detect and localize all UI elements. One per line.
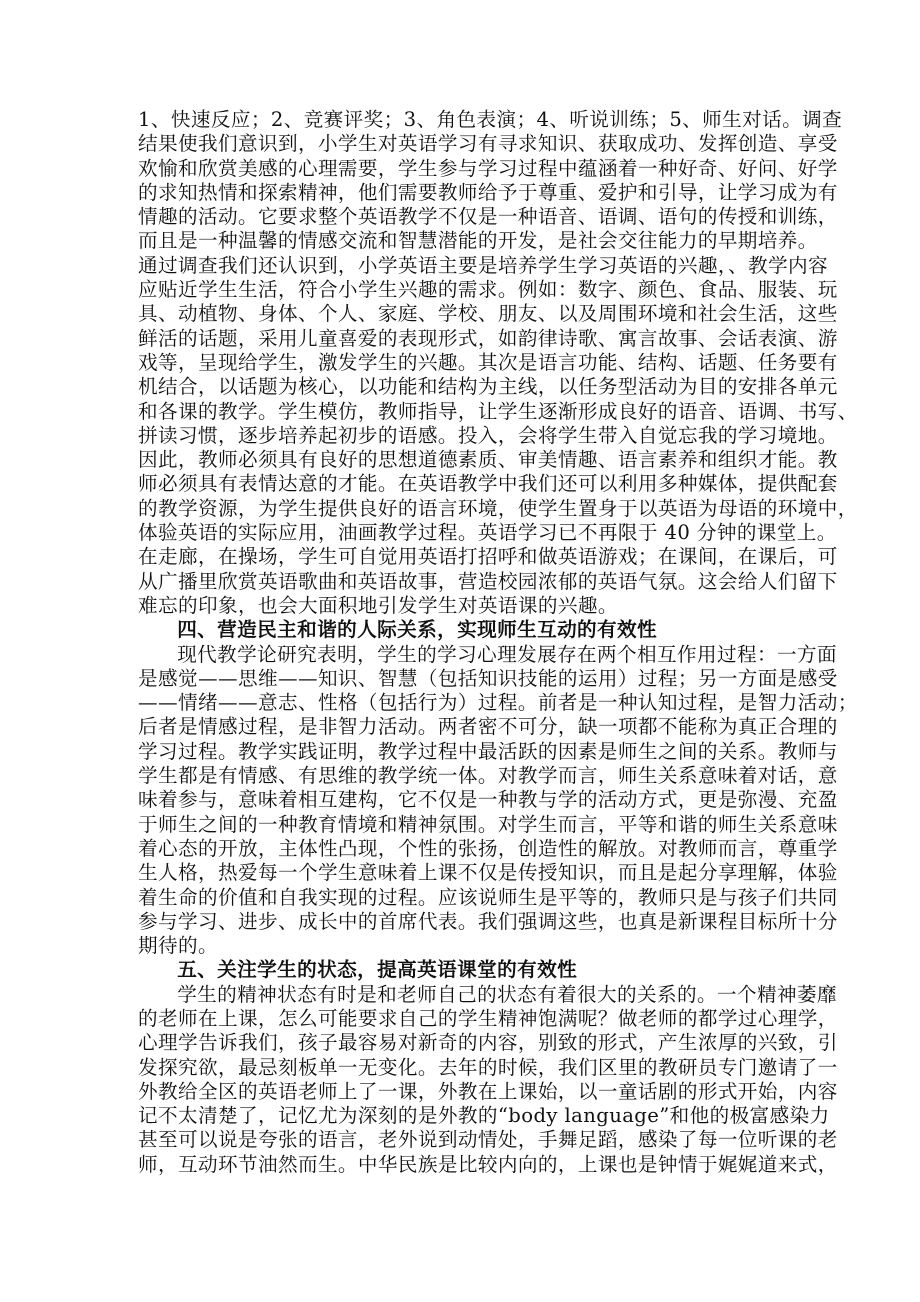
text-line: 和各课的教学。学生模仿，教师指导，让学生逐渐形成良好的语音、语调、书写、 xyxy=(138,400,782,424)
paragraph-student-state: 学生的精神状态有时是和老师自己的状态有着很大的关系的。一个精神萎靡 的老师在上课… xyxy=(138,983,782,1177)
text-line: 味着参与，意味着相互建构，它不仅是一种教与学的活动方式，更是弥漫、充盈 xyxy=(138,788,782,812)
text-line: 机结合，以话题为核心，以功能和结构为主线，以任务型活动为目的安排各单元 xyxy=(138,375,782,399)
text-line: 结果使我们意识到，小学生对英语学习有寻求知识、获取成功、发挥创造、享受 xyxy=(138,132,782,156)
text-line: 拼读习惯，逐步培养起初步的语感。投入，会将学生带入自觉忘我的学习境地。 xyxy=(138,424,782,448)
text-line: 师，互动环节油然而生。中华民族是比较内向的，上课也是钟情于娓娓道来式， xyxy=(138,1153,782,1177)
text-line: 记不太清楚了，记忆尤为深刻的是外教的“body language”和他的极富感染… xyxy=(138,1104,782,1128)
text-line: 现代教学论研究表明，学生的学习心理发展存在两个相互作用过程：一方面 xyxy=(138,643,782,667)
text-line: 着生命的价值和自我实现的过程。应该说师生是平等的，教师只是与孩子们共同 xyxy=(138,886,782,910)
text-line: 在走廊，在操场，学生可自觉用英语打招呼和做英语游戏；在课间，在课后，可 xyxy=(138,545,782,569)
text-line: 学习过程。教学实践证明，教学过程中最活跃的因素是师生之间的关系。教师与 xyxy=(138,740,782,764)
text-line: 欢愉和欣赏美感的心理需要，学生参与学习过程中蕴涵着一种好奇、好问、好学 xyxy=(138,157,782,181)
section-heading-4: 四、营造民主和谐的人际关系，实现师生互动的有效性 xyxy=(138,618,782,642)
text-line: 的教学资源，为学生提供良好的语言环境，使学生置身于以英语为母语的环境中， xyxy=(138,497,782,521)
text-line: 期待的。 xyxy=(138,934,782,958)
text-line: 后者是情感过程，是非智力活动。两者密不可分，缺一项都不能称为真正合理的 xyxy=(138,715,782,739)
text-line: 心理学告诉我们，孩子最容易对新奇的内容，别致的形式，产生浓厚的兴致，引 xyxy=(138,1031,782,1055)
text-line: 1、快速反应；2、竞赛评奖；3、角色表演；4、听说训练；5、师生对话。调查 xyxy=(138,108,782,132)
text-line: 的老师在上课，怎么可能要求自己的学生精神饱满呢？做老师的都学过心理学， xyxy=(138,1007,782,1031)
paragraph-interest-content: 通过调查我们还认识到，小学英语主要是培养学生学习英语的兴趣，、教学内容 应贴近学… xyxy=(138,254,782,618)
text-line: 体验英语的实际应用，油画教学过程。英语学习已不再限于 40 分钟的课堂上。 xyxy=(138,521,782,545)
text-line: 着心态的开放，主体性凸现，个性的张扬，创造性的解放。对教师而言，尊重学 xyxy=(138,837,782,861)
text-line: 学生的精神状态有时是和老师自己的状态有着很大的关系的。一个精神萎靡 xyxy=(138,983,782,1007)
section-heading-5: 五、关注学生的状态，提高英语课堂的有效性 xyxy=(138,958,782,982)
text-line: 通过调查我们还认识到，小学英语主要是培养学生学习英语的兴趣，、教学内容 xyxy=(138,254,782,278)
text-line: 发探究欲，最忌刻板单一无变化。去年的时候，我们区里的教研员专门邀请了一 xyxy=(138,1056,782,1080)
text-line: 鲜活的话题，采用儿童喜爱的表现形式，如韵律诗歌、寓言故事、会话表演、游 xyxy=(138,327,782,351)
text-line: 因此，教师必须具有良好的思想道德素质、审美情趣、语言素养和组织才能。教 xyxy=(138,448,782,472)
text-line: 从广播里欣赏英语歌曲和英语故事，营造校园浓郁的英语气氛。这会给人们留下 xyxy=(138,570,782,594)
text-line: 生人格，热爱每一个学生意味着上课不仅是传授知识，而且是起分享理解，体验 xyxy=(138,861,782,885)
paragraph-teacher-student-relationship: 现代教学论研究表明，学生的学习心理发展存在两个相互作用过程：一方面 是感觉——思… xyxy=(138,643,782,959)
text-line: 师必须具有表情达意的才能。在英语教学中我们还可以利用多种媒体，提供配套 xyxy=(138,472,782,496)
document-page: 1、快速反应；2、竞赛评奖；3、角色表演；4、听说训练；5、师生对话。调查 结果… xyxy=(138,108,782,1177)
text-line: 的求知热情和探索精神，他们需要教师给予于尊重、爱护和引导，让学习成为有 xyxy=(138,181,782,205)
text-line: 外教给全区的英语老师上了一课，外教在上课始，以一童话剧的形式开始，内容 xyxy=(138,1080,782,1104)
text-line: 戏等，呈现给学生，激发学生的兴趣。其次是语言功能、结构、话题、任务要有 xyxy=(138,351,782,375)
text-line: 而且是一种温馨的情感交流和智慧潜能的开发，是社会交往能力的早期培养。 xyxy=(138,229,782,253)
text-line: 应贴近学生生活，符合小学生兴趣的需求。例如：数字、颜色、食品、服装、玩 xyxy=(138,278,782,302)
text-line: 具、动植物、身体、个人、家庭、学校、朋友、以及周围环境和社会生活，这些 xyxy=(138,302,782,326)
paragraph-survey-results: 1、快速反应；2、竞赛评奖；3、角色表演；4、听说训练；5、师生对话。调查 结果… xyxy=(138,108,782,254)
text-line: 学生都是有情感、有思维的教学统一体。对教学而言，师生关系意味着对话，意 xyxy=(138,764,782,788)
text-line: ——情绪——意志、性格（包括行为）过程。前者是一种认知过程，是智力活动； xyxy=(138,691,782,715)
text-line: 情趣的活动。它要求整个英语教学不仅是一种语音、语调、语句的传授和训练， xyxy=(138,205,782,229)
text-line: 于师生之间的一种教育情境和精神氛围。对学生而言，平等和谐的师生关系意味 xyxy=(138,813,782,837)
text-line: 是感觉——思维——知识、智慧（包括知识技能的运用）过程；另一方面是感受 xyxy=(138,667,782,691)
text-line: 参与学习、进步、成长中的首席代表。我们强调这些，也真是新课程目标所十分 xyxy=(138,910,782,934)
text-line: 难忘的印象，也会大面积地引发学生对英语课的兴趣。 xyxy=(138,594,782,618)
text-line: 甚至可以说是夸张的语言，老外说到动情处，手舞足蹈，感染了每一位听课的老 xyxy=(138,1128,782,1152)
